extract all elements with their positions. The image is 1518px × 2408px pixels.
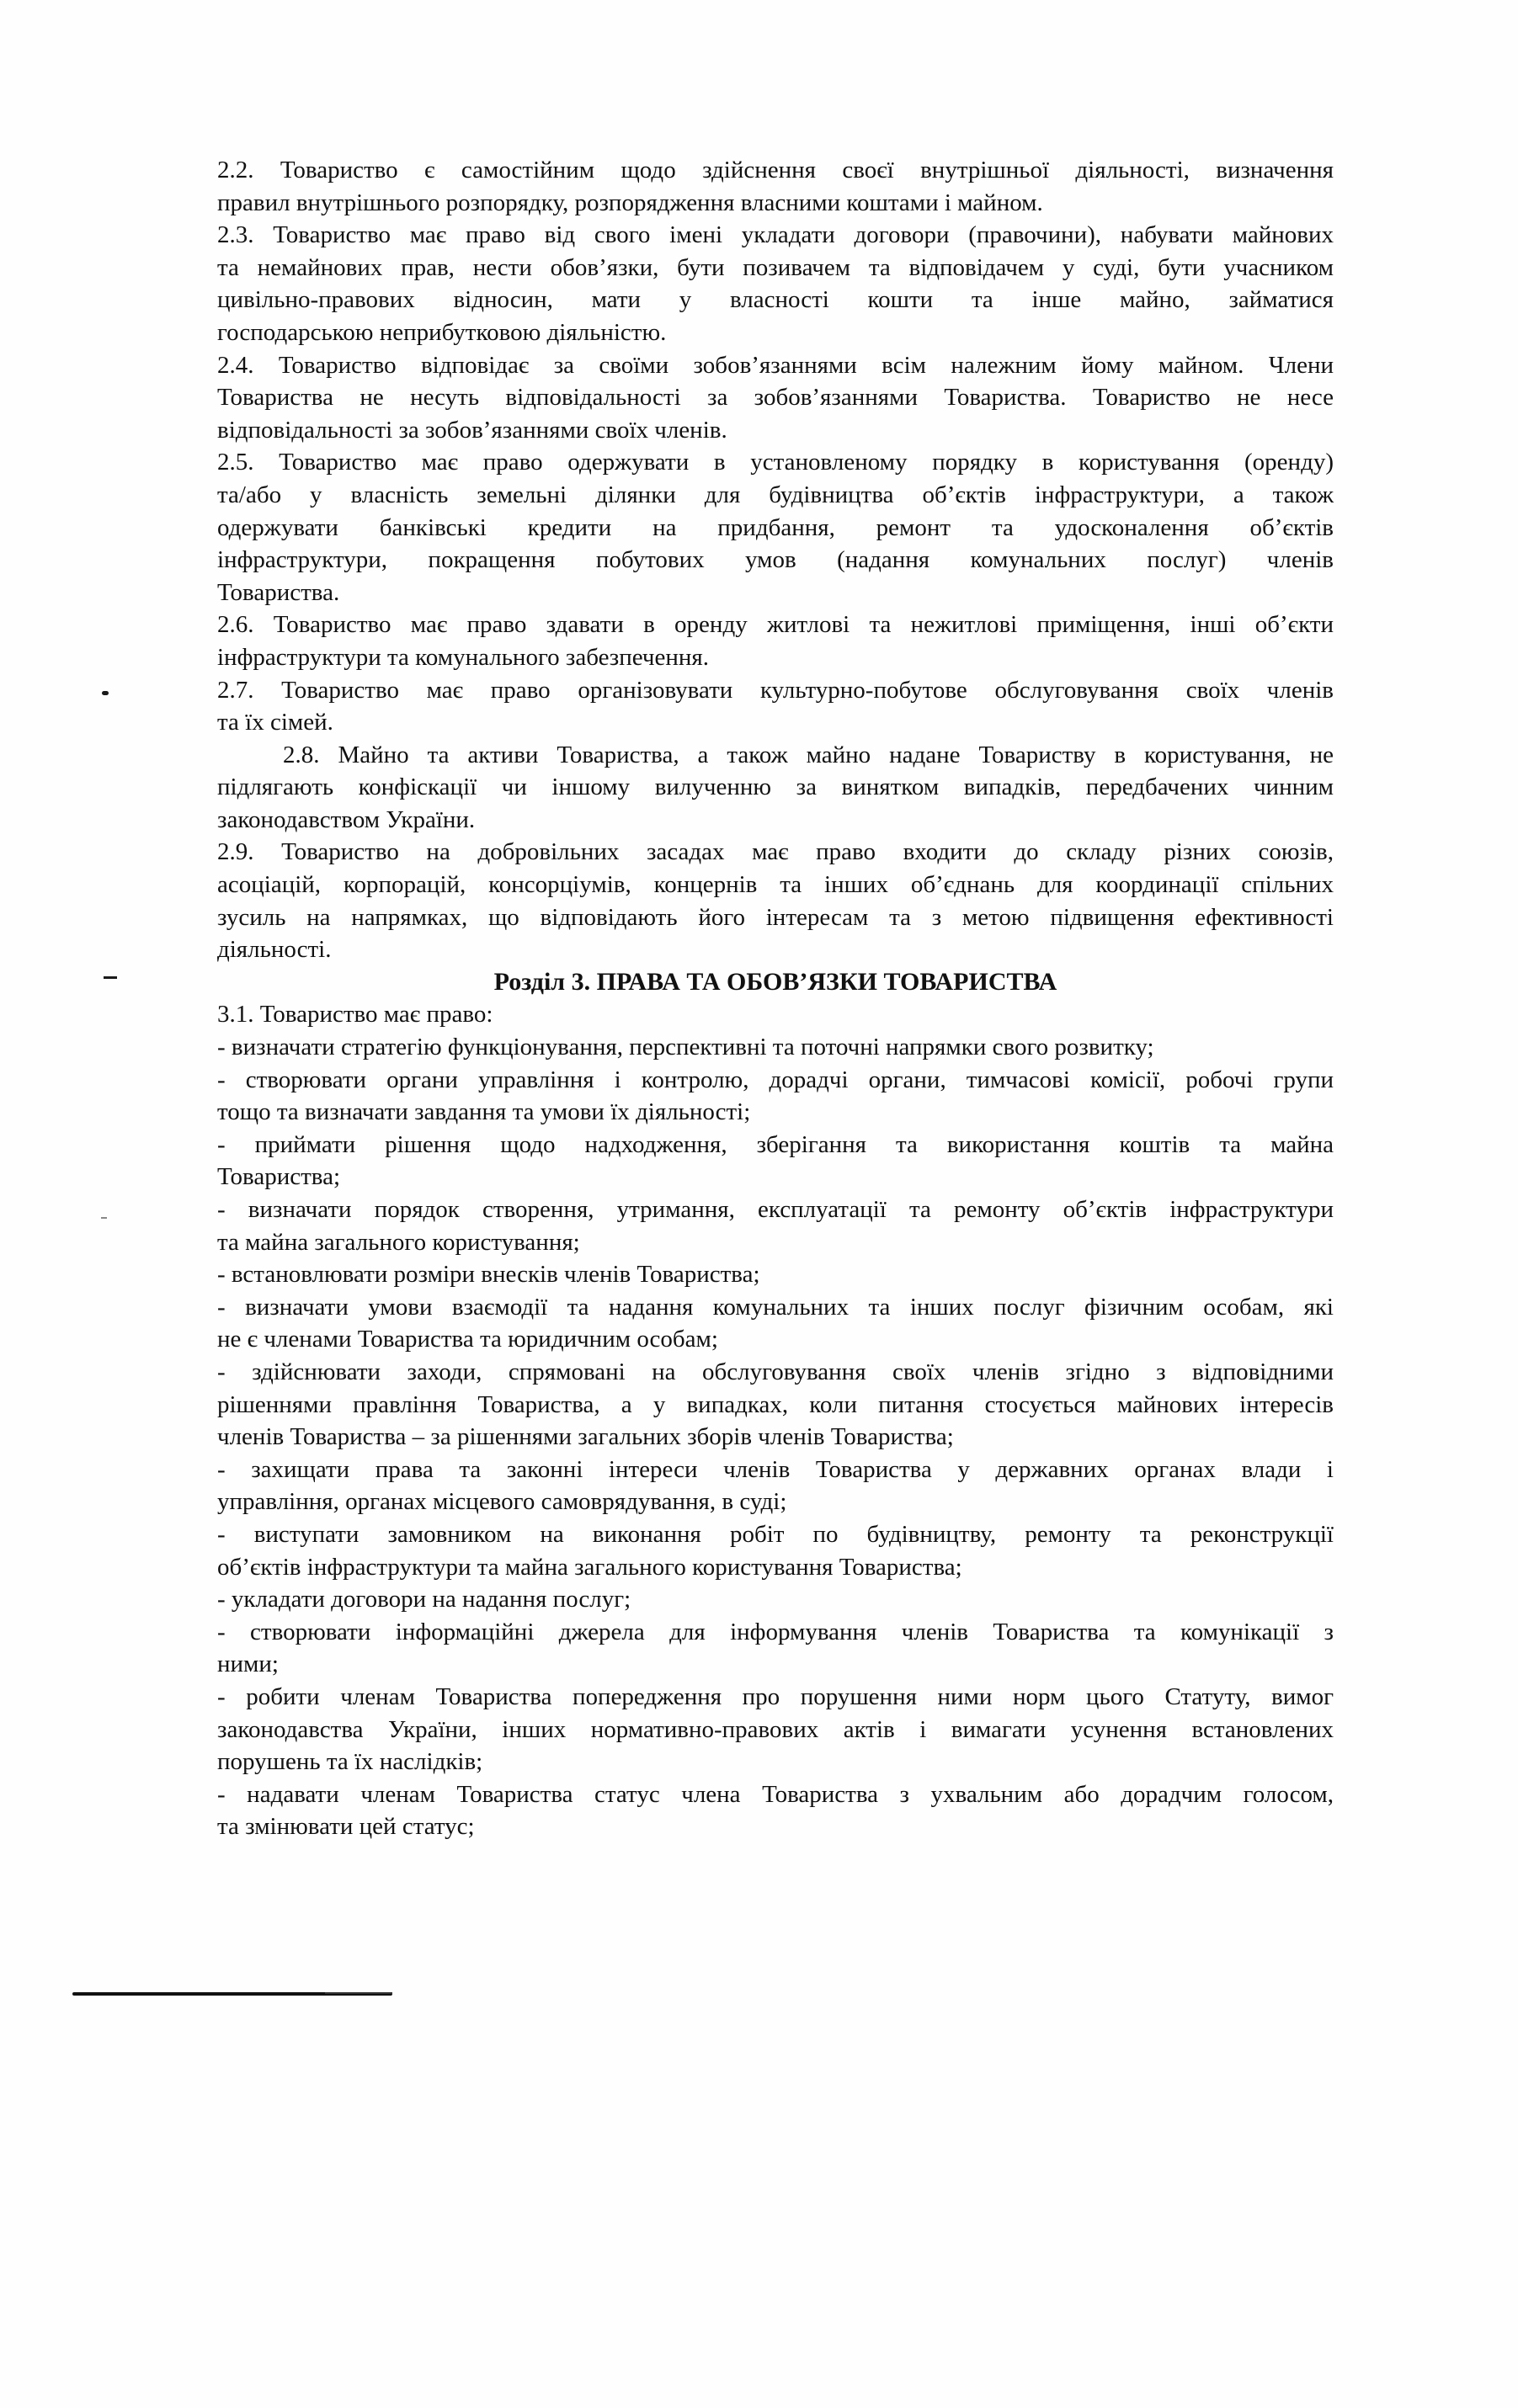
- list-item-line: - визначати порядок створення, утримання…: [217, 1193, 1334, 1226]
- paragraph-2-2-line: 2.2. Товариство є самостійним щодо здійс…: [217, 154, 1334, 187]
- list-item-line: законодавства України, інших нормативно-…: [217, 1714, 1334, 1746]
- list-item-line: тощо та визначати завдання та умови їх д…: [217, 1096, 1334, 1129]
- paragraph-2-5-line: та/або у власність земельні ділянки для …: [217, 479, 1334, 512]
- list-item-line: управління, органах місцевого самоврядув…: [217, 1486, 1334, 1518]
- scan-speck: [104, 976, 117, 979]
- scanned-page: 2.2. Товариство є самостійним щодо здійс…: [0, 0, 1518, 2408]
- list-item-line: - робити членам Товариства попередження …: [217, 1681, 1334, 1714]
- list-item-line: членів Товариства – за рішеннями загальн…: [217, 1421, 1334, 1454]
- paragraph-2-7-line: 2.7. Товариство має право організовувати…: [217, 674, 1334, 707]
- list-item-line: не є членами Товариства та юридичним осо…: [217, 1323, 1334, 1356]
- paragraph-2-5-line: Товариства.: [217, 577, 1334, 609]
- paragraph-2-6-line: 2.6. Товариство має право здавати в орен…: [217, 609, 1334, 641]
- list-item-line: - виступати замовником на виконання робі…: [217, 1518, 1334, 1551]
- clause-3-1-intro: 3.1. Товариство має право:: [217, 998, 1334, 1031]
- paragraph-2-6-line: інфраструктури та комунального забезпече…: [217, 641, 1334, 674]
- list-item-line: - захищати права та законні інтереси чле…: [217, 1454, 1334, 1486]
- paragraph-2-8-line: 2.8. Майно та активи Товариства, а також…: [217, 739, 1334, 772]
- list-item-line: - встановлювати розміри внесків членів Т…: [217, 1258, 1334, 1291]
- paragraph-2-9-line: діяльності.: [217, 933, 1334, 966]
- paragraph-2-5-line: одержувати банківські кредити на придбан…: [217, 512, 1334, 545]
- scan-speck: [102, 691, 109, 695]
- list-item-line: та майна загального користування;: [217, 1226, 1334, 1259]
- paragraph-2-2-line: правил внутрішнього розпорядку, розпоряд…: [217, 187, 1334, 220]
- document-body: 2.2. Товариство є самостійним щодо здійс…: [217, 154, 1334, 1843]
- list-item-line: - надавати членам Товариства статус член…: [217, 1778, 1334, 1811]
- list-item-line: - створювати інформаційні джерела для ін…: [217, 1616, 1334, 1649]
- paragraph-2-9-line: асоціацій, корпорацій, консорціумів, кон…: [217, 869, 1334, 901]
- list-item-line: - визначати стратегію функціонування, пе…: [217, 1031, 1334, 1064]
- list-item-line: - приймати рішення щодо надходження, збе…: [217, 1129, 1334, 1161]
- list-item-line: Товариства;: [217, 1161, 1334, 1193]
- paragraph-2-3-line: цивільно-правових відносин, мати у власн…: [217, 284, 1334, 316]
- paragraph-2-4-line: відповідальності за зобов’язаннями своїх…: [217, 414, 1334, 447]
- paragraph-2-9-line: зусиль на напрямках, що відповідають йог…: [217, 901, 1334, 934]
- paragraph-2-5-line: інфраструктури, покращення побутових умо…: [217, 544, 1334, 577]
- paragraph-2-4-line: Товариства не несуть відповідальності за…: [217, 381, 1334, 414]
- list-item-line: ними;: [217, 1648, 1334, 1681]
- list-item-line: - створювати органи управління і контрол…: [217, 1064, 1334, 1097]
- paragraph-2-8-line: підлягають конфіскації чи іншому вилучен…: [217, 771, 1334, 804]
- section-heading: Розділ 3. ПРАВА ТА ОБОВ’ЯЗКИ ТОВАРИСТВА: [217, 966, 1334, 999]
- paragraph-2-9-line: 2.9. Товариство на добровільних засадах …: [217, 836, 1334, 869]
- scan-speck: [101, 1217, 107, 1219]
- paragraph-2-7-line: та їх сімей.: [217, 706, 1334, 739]
- paragraph-2-5-line: 2.5. Товариство має право одержувати в у…: [217, 446, 1334, 479]
- paragraph-2-3-line: господарською неприбутковою діяльністю.: [217, 316, 1334, 349]
- list-item-line: - здійснювати заходи, спрямовані на обсл…: [217, 1356, 1334, 1389]
- paragraph-2-3-line: та немайнових прав, нести обов’язки, бут…: [217, 252, 1334, 284]
- list-item-line: рішеннями правління Товариства, а у випа…: [217, 1389, 1334, 1422]
- list-item-line: - визначати умови взаємодії та надання к…: [217, 1291, 1334, 1324]
- paragraph-2-8-line: законодавством України.: [217, 804, 1334, 837]
- paragraph-2-3-line: 2.3. Товариство має право від свого імен…: [217, 219, 1334, 252]
- list-item-line: та змінювати цей статус;: [217, 1810, 1334, 1843]
- footnote-separator-line: [72, 1992, 392, 1996]
- list-item-line: об’єктів інфраструктури та майна загальн…: [217, 1551, 1334, 1584]
- paragraph-2-4-line: 2.4. Товариство відповідає за своїми зоб…: [217, 349, 1334, 382]
- list-item-line: порушень та їх наслідків;: [217, 1746, 1334, 1778]
- list-item-line: - укладати договори на надання послуг;: [217, 1583, 1334, 1616]
